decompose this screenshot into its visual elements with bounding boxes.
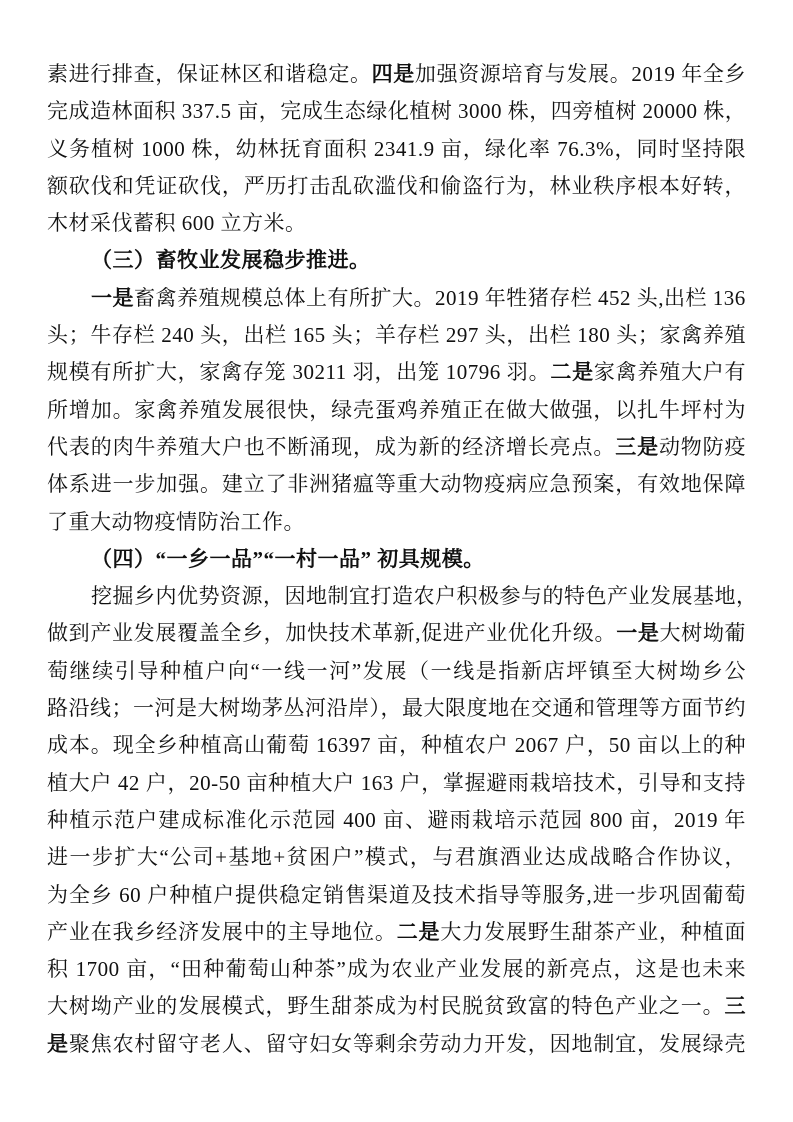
text-run: 头；牛存栏 240 头，出栏 165 头；羊存栏 297 头，出栏 180 头；…	[47, 323, 746, 347]
text-run: 路沿线；一河是大树坳茅丛河沿岸），最大限度地在交通和管理等方面节约	[47, 696, 746, 720]
text-line: 一是畜禽养殖规模总体上有所扩大。2019 年牲猪存栏 452 头,出栏 1368	[47, 280, 746, 317]
text-run: 为全乡 60 户种植户提供稳定销售渠道及技术指导等服务,进一步巩固葡萄	[47, 883, 746, 907]
text-run: 家禽养殖大户有	[594, 360, 746, 384]
text-line: 完成造林面积 337.5 亩，完成生态绿化植树 3000 株，四旁植树 2000…	[47, 93, 746, 130]
text-line: 做到产业发展覆盖全乡，加快技术革新,促进产业优化升级。一是大树坳葡	[47, 615, 746, 652]
text-run: 进一步扩大“公司+基地+贫困户”模式，与君旗酒业达成战略合作协议，	[47, 845, 746, 869]
text-run: 大树坳葡	[660, 621, 746, 645]
bold-run: 三	[725, 994, 747, 1018]
text-run: 挖掘乡内优势资源，因地制宜打造农户积极参与的特色产业发展基地，	[91, 584, 746, 608]
text-run: 额砍伐和凭证砍伐，严历打击乱砍滥伐和偷盗行为，林业秩序根本好转，	[47, 174, 746, 198]
text-run: 大力发展野生甜茶产业，种植面	[440, 920, 746, 944]
section-heading: （四）“一乡一品”“一村一品” 初具规模。	[47, 541, 746, 578]
text-run: 所增加。家禽养殖发展很快，绿壳蛋鸡养殖正在做大做强，以扎牛坪村为	[47, 398, 746, 422]
bold-run: 是	[47, 1032, 69, 1056]
text-line: 头；牛存栏 240 头，出栏 165 头；羊存栏 297 头，出栏 180 头；…	[47, 317, 746, 354]
text-line: 挖掘乡内优势资源，因地制宜打造农户积极参与的特色产业发展基地，	[47, 578, 746, 615]
text-line: 义务植树 1000 株，幼林抚育面积 2341.9 亩，绿化率 76.3%，同时…	[47, 131, 746, 168]
text-run: 素进行排查，保证林区和谐稳定。	[47, 62, 372, 86]
bold-run: （四）“一乡一品”“一村一品” 初具规模。	[91, 547, 485, 571]
text-run: 畜禽养殖规模总体上有所扩大。2019 年牲猪存栏 452 头,出栏 1368	[134, 286, 746, 310]
text-run: 规模有所扩大，家禽存笼 30211 羽，出笼 10796 羽。	[47, 360, 550, 384]
text-run: 聚焦农村留守老人、留守妇女等剩余劳动力开发，因地制宜，发展绿壳	[69, 1032, 746, 1056]
text-line: 额砍伐和凭证砍伐，严历打击乱砍滥伐和偷盗行为，林业秩序根本好转，	[47, 168, 746, 205]
bold-run: 三是	[615, 435, 659, 459]
document-lines: 素进行排查，保证林区和谐稳定。四是加强资源培育与发展。2019 年全乡完成造林面…	[47, 56, 746, 1063]
text-run: 加强资源培育与发展。2019 年全乡	[415, 62, 746, 86]
text-run: 体系进一步加强。建立了非洲猪瘟等重大动物疫病应急预案，有效地保障	[47, 472, 746, 496]
text-run: 义务植树 1000 株，幼林抚育面积 2341.9 亩，绿化率 76.3%，同时…	[47, 137, 746, 161]
bold-run: 二是	[397, 920, 441, 944]
bold-run: 一是	[91, 286, 134, 310]
text-run: 代表的肉牛养殖大户也不断涌现，成为新的经济增长亮点。	[47, 435, 615, 459]
text-line: 了重大动物疫情防治工作。	[47, 504, 746, 541]
bold-run: （三）畜牧业发展稳步推进。	[91, 248, 371, 272]
text-run: 种植示范户建成标准化示范园 400 亩、避雨栽培示范园 800 亩，2019 年	[47, 808, 746, 832]
text-run: 产业在我乡经济发展中的主导地位。	[47, 920, 397, 944]
text-line: 产业在我乡经济发展中的主导地位。二是大力发展野生甜茶产业，种植面	[47, 914, 746, 951]
text-run: 植大户 42 户，20-50 亩种植大户 163 户，掌握避雨栽培技术，引导和支…	[47, 771, 746, 795]
bold-run: 二是	[550, 360, 594, 384]
text-line: 素进行排查，保证林区和谐稳定。四是加强资源培育与发展。2019 年全乡	[47, 56, 746, 93]
text-line: 代表的肉牛养殖大户也不断涌现，成为新的经济增长亮点。三是动物防疫	[47, 429, 746, 466]
text-line: 体系进一步加强。建立了非洲猪瘟等重大动物疫病应急预案，有效地保障	[47, 466, 746, 503]
text-line: 萄继续引导种植户向“一线一河”发展（一线是指新店坪镇至大树坳乡公	[47, 653, 746, 690]
text-run: 大树坳产业的发展模式，野生甜茶成为村民脱贫致富的特色产业之一。	[47, 994, 725, 1018]
text-run: 萄继续引导种植户向“一线一河”发展（一线是指新店坪镇至大树坳乡公	[47, 659, 746, 683]
document-page: 素进行排查，保证林区和谐稳定。四是加强资源培育与发展。2019 年全乡完成造林面…	[0, 0, 793, 1122]
text-line: 为全乡 60 户种植户提供稳定销售渠道及技术指导等服务,进一步巩固葡萄	[47, 877, 746, 914]
text-line: 植大户 42 户，20-50 亩种植大户 163 户，掌握避雨栽培技术，引导和支…	[47, 765, 746, 802]
text-run: 完成造林面积 337.5 亩，完成生态绿化植树 3000 株，四旁植树 2000…	[47, 99, 746, 123]
text-line: 所增加。家禽养殖发展很快，绿壳蛋鸡养殖正在做大做强，以扎牛坪村为	[47, 392, 746, 429]
text-run: 成本。现全乡种植高山葡萄 16397 亩，种植农户 2067 户，50 亩以上的…	[47, 733, 746, 757]
text-line: 进一步扩大“公司+基地+贫困户”模式，与君旗酒业达成战略合作协议，	[47, 839, 746, 876]
bold-run: 一是	[616, 621, 659, 645]
text-line: 规模有所扩大，家禽存笼 30211 羽，出笼 10796 羽。二是家禽养殖大户有	[47, 354, 746, 391]
text-line: 木材采伐蓄积 600 立方米。	[47, 205, 746, 242]
text-run: 做到产业发展覆盖全乡，加快技术革新,促进产业优化升级。	[47, 621, 616, 645]
bold-run: 四是	[372, 62, 415, 86]
text-line: 路沿线；一河是大树坳茅丛河沿岸），最大限度地在交通和管理等方面节约	[47, 690, 746, 727]
text-run: 木材采伐蓄积 600 立方米。	[47, 211, 307, 235]
text-run: 了重大动物疫情防治工作。	[47, 510, 305, 534]
text-line: 种植示范户建成标准化示范园 400 亩、避雨栽培示范园 800 亩，2019 年	[47, 802, 746, 839]
text-run: 积 1700 亩，“田种葡萄山种茶”成为农业产业发展的新亮点，这是也未来	[47, 957, 746, 981]
text-line: 大树坳产业的发展模式，野生甜茶成为村民脱贫致富的特色产业之一。三	[47, 988, 746, 1025]
section-heading: （三）畜牧业发展稳步推进。	[47, 242, 746, 279]
text-line: 成本。现全乡种植高山葡萄 16397 亩，种植农户 2067 户，50 亩以上的…	[47, 727, 746, 764]
text-run: 动物防疫	[659, 435, 746, 459]
text-line: 是聚焦农村留守老人、留守妇女等剩余劳动力开发，因地制宜，发展绿壳	[47, 1026, 746, 1063]
text-line: 积 1700 亩，“田种葡萄山种茶”成为农业产业发展的新亮点，这是也未来	[47, 951, 746, 988]
